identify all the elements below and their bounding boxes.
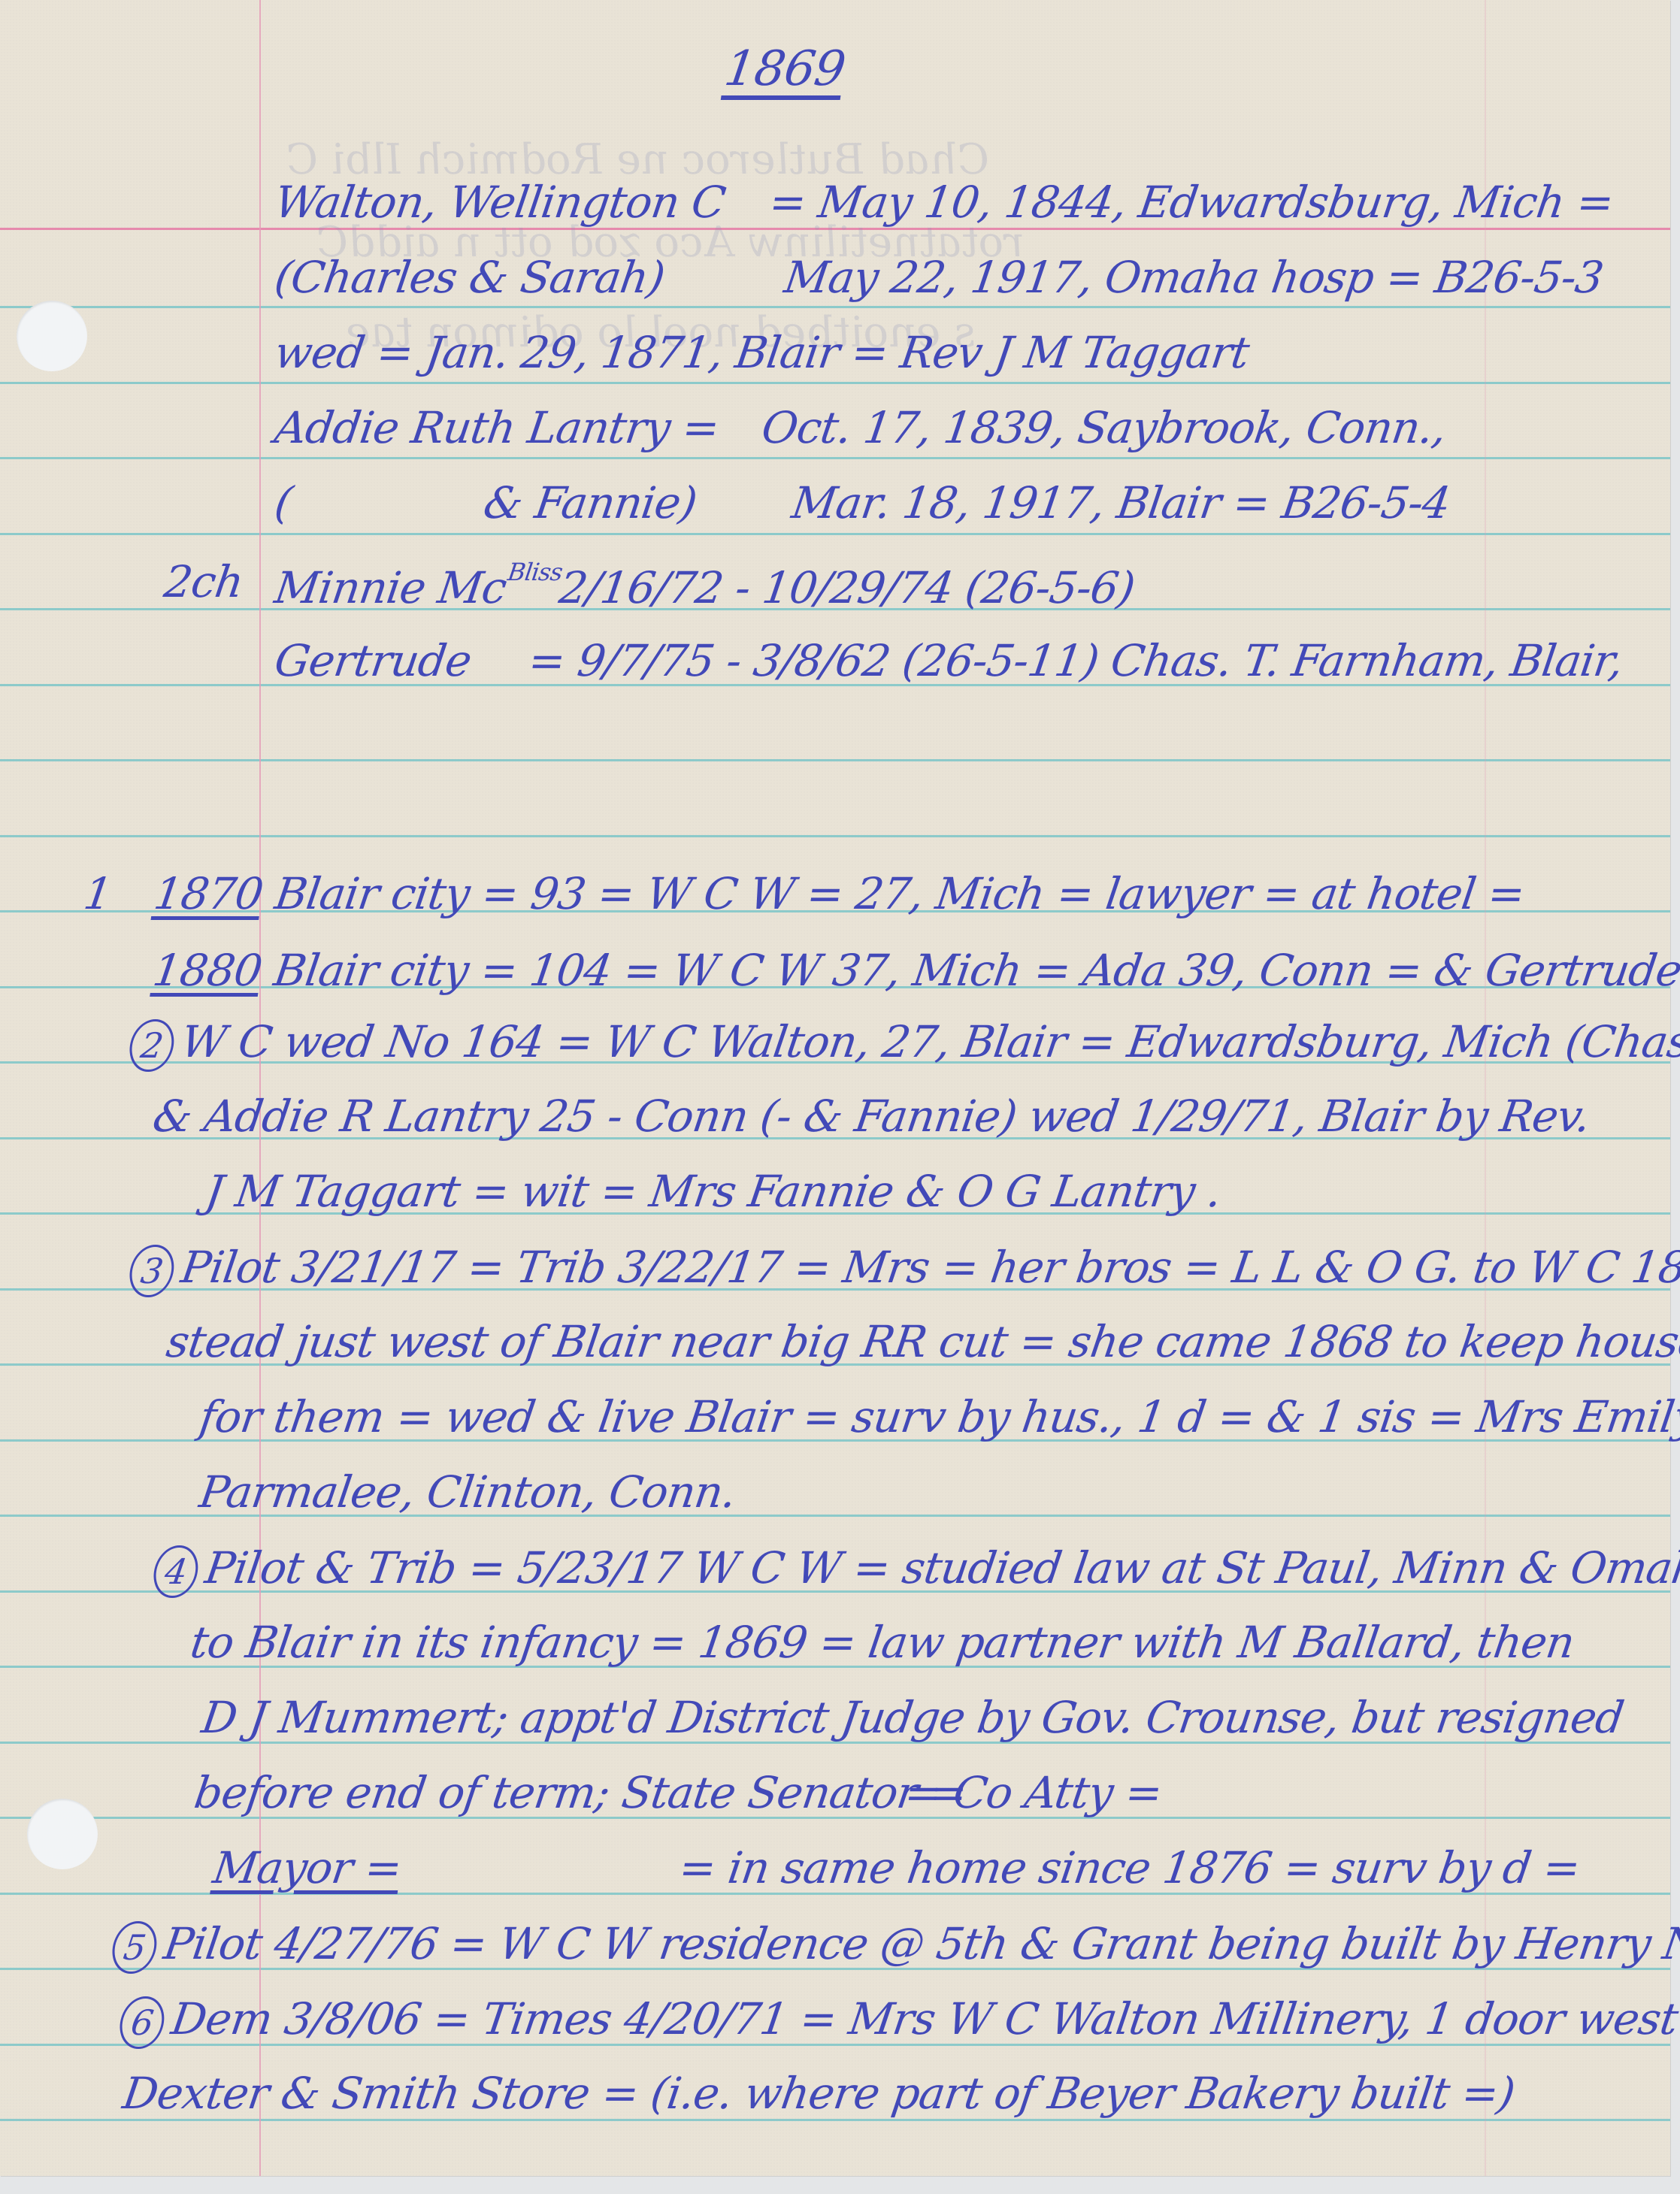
note-1-census-1880: 1880 Blair city = 104 = W C W 37, Mich =… [150,949,1680,992]
ruled-line [0,759,1670,761]
husband-parents: (Charles & Sarah) [272,256,667,299]
ruled-line [0,835,1670,837]
note-4-line-2: to Blair in its infancy = 1869 = law par… [188,1621,1577,1664]
note-6-line-1: 6Dem 3/8/06 = Times 4/20/71 = Mrs W C Wa… [117,1996,1680,2049]
note-1-marker: 1 [80,868,114,919]
wife-name: Addie Ruth Lantry = [272,406,722,449]
husband-death: May 22, 1917, Omaha hosp = B26-5-3 [782,256,1606,299]
note-4-line-4: before end of term; State Senator = [192,1771,970,1814]
note-2-marker: 2 [126,1019,177,1072]
note-1b-text: Blair city = 104 = W C W 37, Mich = Ada … [271,945,1680,996]
note-4-line-5: Mayor = [210,1846,404,1890]
note-3-line-4: Parmalee, Clinton, Conn. [197,1470,738,1514]
note-2-line-3: J M Taggart = wit = Mrs Fannie & O G Lan… [203,1170,1224,1213]
child-1-married-name: Bliss [506,558,564,586]
note-1: 1 1870 Blair city = 93 = W C W = 27, Mic… [81,872,1527,915]
note-3-line-1: 3Pilot 3/21/17 = Trib 3/22/17 = Mrs = he… [126,1245,1680,1297]
note-6-marker: 6 [117,1996,168,2049]
husband-name: Walton, Wellington C [272,180,728,224]
hole-punch-top [17,301,87,371]
note-4-line-1: 4Pilot & Trib = 5/23/17 W C W = studied … [150,1545,1680,1598]
note-3-marker: 3 [126,1245,177,1297]
note-3-line-2: stead just west of Blair near big RR cut… [164,1320,1680,1363]
husband-birth: = May 10, 1844, Edwardsburg, Mich = [767,180,1616,224]
note-4-county-attorney: = Co Atty = [902,1771,1164,1814]
child-2: Gertrude = 9/7/75 - 3/8/62 (26-5-11) Cha… [272,639,1625,682]
note-5-line-1: 5Pilot 4/27/76 = W C W residence @ 5th &… [109,1921,1680,1974]
wife-death: Mar. 18, 1917, Blair = B26-5-4 [789,481,1452,525]
child-1: Minnie McBliss2/16/72 - 10/29/74 (26-5-6… [272,560,1138,610]
note-1-text: Blair city = 93 = W C W = 27, Mich = law… [272,868,1528,919]
note-6-line-2: Dexter & Smith Store = (i.e. where part … [120,2071,1517,2115]
ruled-line [0,533,1670,535]
note-4-marker: 4 [150,1545,201,1598]
marriage-line: wed = Jan. 29, 1871, Blair = Rev J M Tag… [272,331,1252,374]
wife-parents: & Fannie) [481,481,699,525]
note-1b-year: 1880 [150,945,265,996]
child-2-name: Gertrude [271,635,474,686]
ruled-line [0,382,1670,384]
note-4-same-home: = in same home since 1876 = surv by d = [677,1846,1582,1890]
children-label: 2ch [162,560,246,604]
ruled-line [0,457,1670,459]
notebook-paper: Chad Butleroc ne Rodmich Ilbi C rotatnet… [0,0,1670,2176]
wife-parents-open: ( [272,481,295,525]
ruled-line [0,2119,1670,2121]
wife-birth: Oct. 17, 1839, Saybrook, Conn., [759,406,1448,449]
note-4-line-3: D J Mummert; appt'd District Judge by Go… [199,1696,1626,1739]
page-title: 1869 [722,45,848,93]
hole-punch-bottom [27,1799,98,1869]
note-1-year: 1870 [151,868,266,919]
child-1-dates: 2/16/72 - 10/29/74 (26-5-6) [556,562,1138,613]
note-3-line-3: for them = wed & live Blair = surv by hu… [197,1395,1680,1439]
note-5-marker: 5 [109,1921,160,1974]
note-2-line-2: & Addie R Lantry 25 - Conn (- & Fannie) … [150,1094,1593,1138]
child-1-name: Minnie Mc [271,562,509,613]
child-2-dates: = 9/7/75 - 3/8/62 (26-5-11) Chas. T. Far… [525,635,1626,686]
note-2-line-1: 2W C wed No 164 = W C Walton, 27, Blair … [126,1019,1680,1072]
